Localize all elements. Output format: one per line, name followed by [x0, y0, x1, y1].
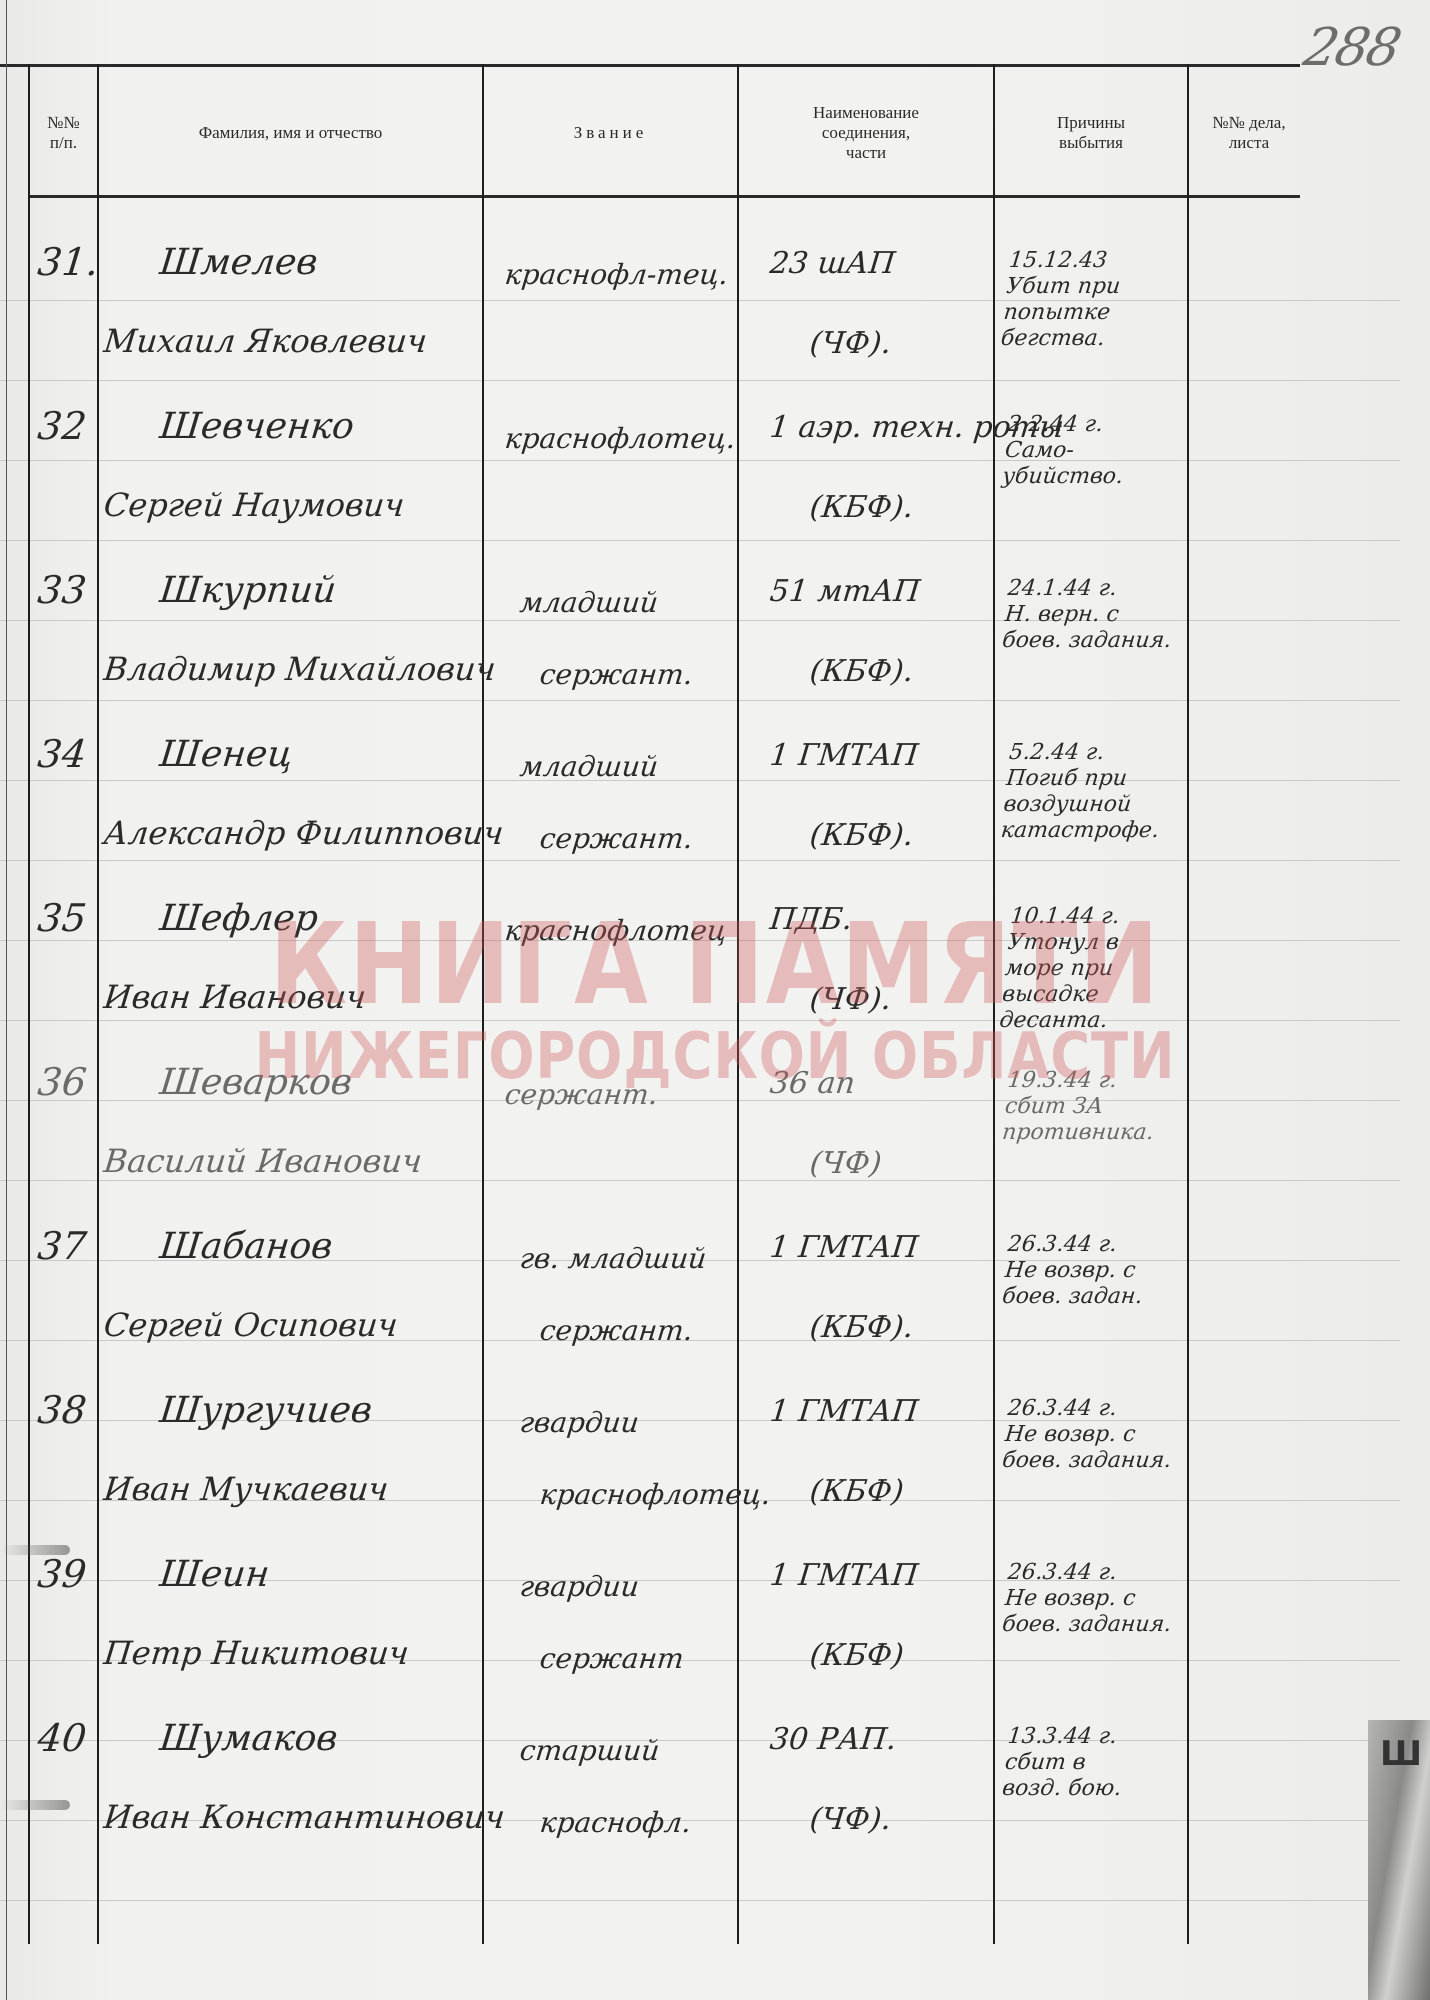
page-margin-line: [6, 0, 7, 2000]
rank-continued: краснофл.: [538, 1806, 692, 1839]
fleet: (КБФ).: [808, 654, 915, 689]
column-line-1: [97, 64, 99, 1944]
rank: сержант.: [503, 1078, 659, 1111]
rank-continued: сержант.: [538, 658, 694, 691]
header-number: №№ п/п.: [30, 70, 97, 195]
edge-tab-mark: Ш: [1380, 1734, 1422, 1774]
fleet: (ЧФ).: [808, 326, 893, 361]
surname: Шумаков: [158, 1718, 340, 1759]
surname: Шеварков: [158, 1062, 354, 1103]
rank: краснофлотец: [503, 914, 728, 947]
header-unit: Наименование соединения, части: [739, 70, 993, 195]
surname: Шенец: [158, 734, 295, 775]
fleet: (КБФ): [808, 1474, 905, 1509]
unit-name: 30 РАП.: [768, 1722, 898, 1757]
surname: Шкурпий: [158, 570, 338, 611]
page-edge-tab: Ш: [1368, 1720, 1430, 2000]
rank: гвардии: [518, 1570, 640, 1603]
row-number: 39: [36, 1552, 89, 1596]
rank-continued: сержант.: [538, 822, 694, 855]
fleet: (КБФ): [808, 1638, 905, 1673]
ruling-line: [0, 460, 1400, 461]
header-file-sheet: №№ дела, листа: [1189, 70, 1309, 195]
given-name-patronymic: Сергей Наумович: [102, 486, 406, 524]
surname: Шабанов: [158, 1226, 335, 1267]
reason-for-loss: 19.3.44 г. сбит ЗА противника.: [1001, 1068, 1160, 1146]
fleet: (ЧФ).: [808, 1802, 893, 1837]
unit-name: 23 шАП: [768, 246, 897, 281]
reason-for-loss: 2.2.44 г. Само- убийство.: [1001, 412, 1130, 490]
surname: Шмелев: [158, 242, 320, 283]
ruling-line: [0, 1180, 1400, 1181]
fleet: (ЧФ): [808, 1146, 883, 1181]
given-name-patronymic: Иван Мучкаевич: [102, 1470, 390, 1508]
row-number: 32: [36, 404, 89, 448]
given-name-patronymic: Михаил Яковлевич: [102, 322, 429, 360]
rank: гв. младший: [518, 1242, 708, 1275]
given-name-patronymic: Александр Филиппович: [102, 814, 505, 852]
unit-name: 1 ГМТАП: [768, 1558, 920, 1593]
unit-name: 1 ГМТАП: [768, 1394, 920, 1429]
given-name-patronymic: Иван Иванович: [102, 978, 368, 1016]
column-line-4: [993, 64, 995, 1944]
unit-name: ПДБ.: [768, 902, 854, 937]
ruling-line: [0, 780, 1400, 781]
reason-for-loss: 24.1.44 г. Н. верн. с боев. задания.: [1001, 576, 1178, 654]
ruling-line: [0, 380, 1400, 381]
fleet: (ЧФ).: [808, 982, 893, 1017]
ruling-line: [0, 540, 1400, 541]
unit-name: 36 ап: [768, 1066, 857, 1101]
fleet: (КБФ).: [808, 490, 915, 525]
rank-continued: краснофлотец.: [538, 1478, 772, 1511]
column-line-5: [1187, 64, 1189, 1944]
page-number: 288: [1299, 18, 1405, 78]
row-number: 37: [36, 1224, 89, 1268]
surname: Шургучиев: [158, 1390, 374, 1431]
given-name-patronymic: Владимир Михайлович: [102, 650, 498, 688]
ruling-line: [0, 300, 1400, 301]
reason-for-loss: 13.3.44 г. сбит в возд. бою.: [1001, 1724, 1128, 1802]
page-smudge: [0, 1800, 70, 1810]
rank: младший: [518, 586, 660, 619]
given-name-patronymic: Сергей Осипович: [102, 1306, 400, 1344]
table-top-rule: [0, 64, 1300, 67]
row-number: 35: [36, 896, 89, 940]
reason-for-loss: 10.1.44 г. Утонул в море при высадке дес…: [998, 904, 1123, 1034]
reason-for-loss: 26.3.44 г. Не возвр. с боев. задан.: [1001, 1232, 1149, 1310]
page-smudge: [0, 1545, 70, 1555]
rank: младший: [518, 750, 660, 783]
archive-page: 288 №№ п/п. Фамилия, имя и отчество Зван…: [0, 0, 1430, 2000]
row-number: 34: [36, 732, 89, 776]
rank: гвардии: [518, 1406, 640, 1439]
header-reason: Причины выбытия: [995, 70, 1187, 195]
reason-for-loss: 26.3.44 г. Не возвр. с боев. задания.: [1001, 1560, 1178, 1638]
row-number: 33: [36, 568, 89, 612]
ruling-line: [0, 700, 1400, 701]
rank: краснофл-тец.: [503, 258, 730, 291]
rank: старший: [518, 1734, 661, 1767]
unit-name: 1 ГМТАП: [768, 1230, 920, 1265]
column-line-2: [482, 64, 484, 1944]
rank: краснофлотец.: [503, 422, 737, 455]
surname: Шефлер: [158, 898, 320, 939]
surname: Шевченко: [158, 406, 356, 447]
column-line-3: [737, 64, 739, 1944]
header-rank: Звание: [484, 70, 737, 195]
row-number: 38: [36, 1388, 89, 1432]
reason-for-loss: 15.12.43 Убит при попытке бегства.: [1000, 248, 1125, 352]
given-name-patronymic: Иван Константинович: [102, 1798, 507, 1836]
row-number: 31.: [36, 240, 101, 284]
surname: Шеин: [158, 1554, 272, 1595]
row-number: 36: [36, 1060, 89, 1104]
fleet: (КБФ).: [808, 818, 915, 853]
column-line-0: [28, 64, 30, 1944]
ruling-line: [0, 1900, 1400, 1901]
rank-continued: сержант.: [538, 1314, 694, 1347]
reason-for-loss: 5.2.44 г. Погиб при воздушной катастрофе…: [1000, 740, 1169, 844]
given-name-patronymic: Петр Никитович: [102, 1634, 411, 1672]
fleet: (КБФ).: [808, 1310, 915, 1345]
unit-name: 1 ГМТАП: [768, 738, 920, 773]
reason-for-loss: 26.3.44 г. Не возвр. с боев. задания.: [1001, 1396, 1178, 1474]
header-full-name: Фамилия, имя и отчество: [99, 70, 482, 195]
given-name-patronymic: Василий Иванович: [102, 1142, 424, 1180]
row-number: 40: [36, 1716, 89, 1760]
ruling-line: [0, 1020, 1400, 1021]
unit-name: 51 мтАП: [768, 574, 922, 609]
header-bottom-rule: [28, 195, 1300, 198]
ruling-line: [0, 620, 1400, 621]
ruling-line: [0, 860, 1400, 861]
rank-continued: сержант: [538, 1642, 685, 1675]
